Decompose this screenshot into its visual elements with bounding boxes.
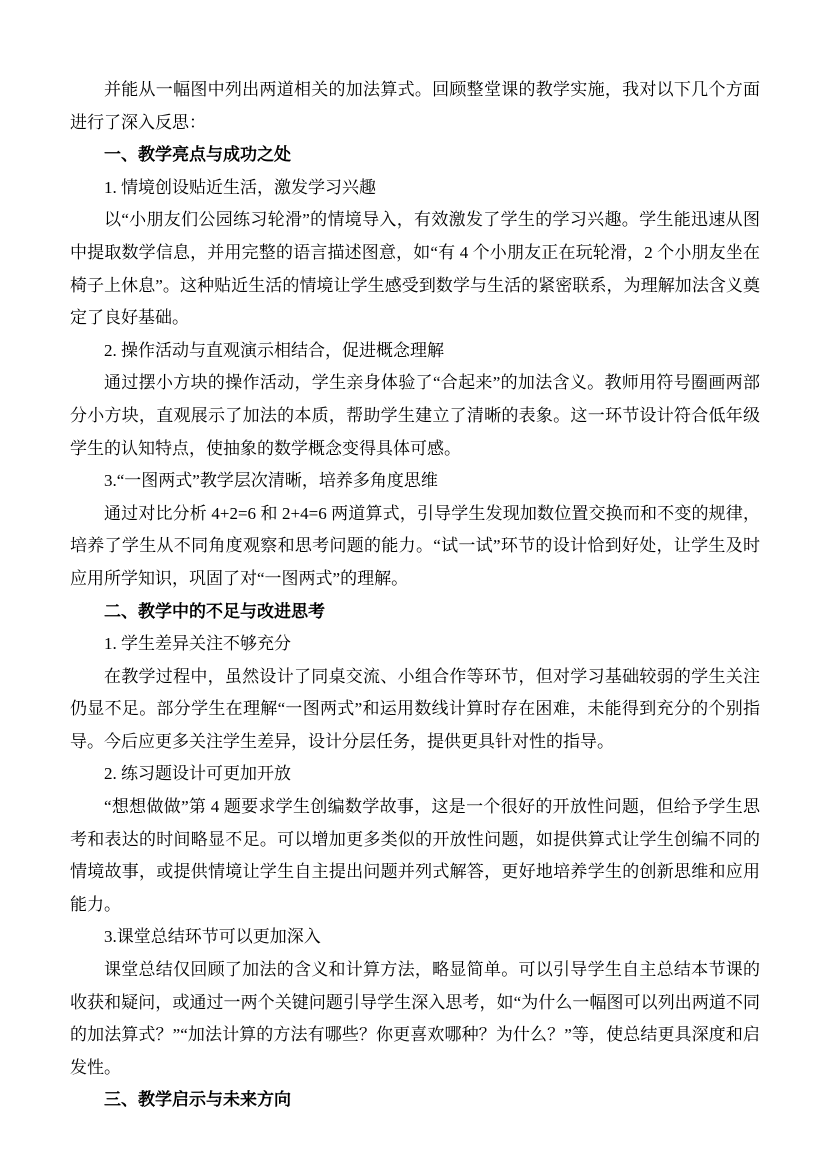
section-1-item-3-body: 通过对比分析 4+2=6 和 2+4=6 两道算式，引导学生发现加数位置交换而和… [70,498,760,596]
section-1-item-2-title: 2. 操作活动与直观演示相结合，促进概念理解 [70,335,760,368]
section-2-item-2-title: 2. 练习题设计可更加开放 [70,758,760,791]
intro-paragraph: 并能从一幅图中列出两道相关的加法算式。回顾整堂课的教学实施，我对以下几个方面进行… [70,74,760,139]
section-1-item-1-body: 以“小朋友们公园练习轮滑”的情境导入，有效激发了学生的学习兴趣。学生能迅速从图中… [70,204,760,334]
section-2-item-3-body: 课堂总结仅回顾了加法的含义和计算方法，略显简单。可以引导学生自主总结本节课的收获… [70,954,760,1084]
section-2-item-1-body: 在教学过程中，虽然设计了同桌交流、小组合作等环节，但对学习基础较弱的学生关注仍显… [70,661,760,759]
section-1-item-1-title: 1. 情境创设贴近生活，激发学习兴趣 [70,172,760,205]
section-2-item-3-title: 3.课堂总结环节可以更加深入 [70,921,760,954]
section-1-item-3-title: 3.“一图两式”教学层次清晰，培养多角度思维 [70,465,760,498]
document-page: 并能从一幅图中列出两道相关的加法算式。回顾整堂课的教学实施，我对以下几个方面进行… [0,0,827,1170]
section-3-heading: 三、教学启示与未来方向 [70,1084,760,1117]
section-2-item-1-title: 1. 学生差异关注不够充分 [70,628,760,661]
section-1-heading: 一、教学亮点与成功之处 [70,139,760,172]
section-1-item-2-body: 通过摆小方块的操作活动，学生亲身体验了“合起来”的加法含义。教师用符号圈画两部分… [70,367,760,465]
section-2-heading: 二、教学中的不足与改进思考 [70,596,760,629]
section-2-item-2-body: “想想做做”第 4 题要求学生创编数学故事，这是一个很好的开放性问题，但给予学生… [70,791,760,921]
